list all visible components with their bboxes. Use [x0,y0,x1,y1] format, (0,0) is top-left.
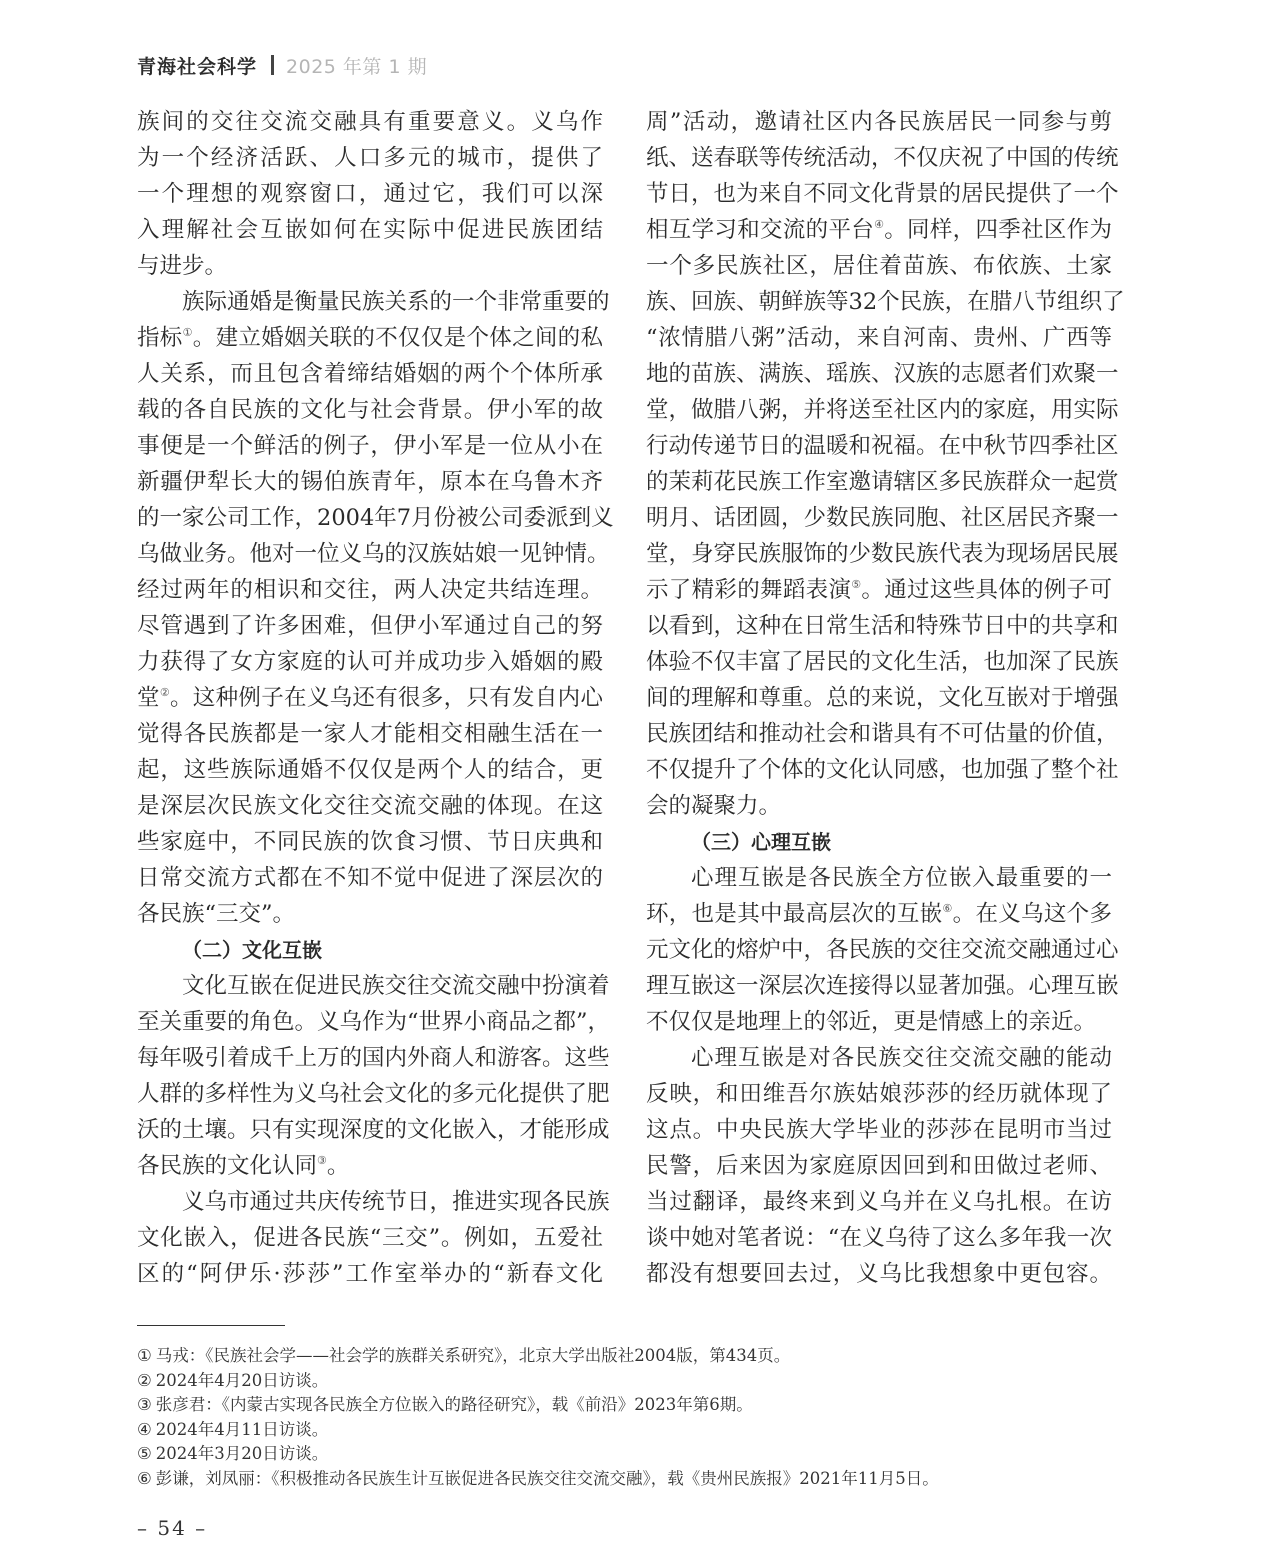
text-line: 族间的交往交流交融具有重要意义。义乌作 [137,104,603,140]
text-line: 起，这些族际通婚不仅仅是两个人的结合，更 [137,752,603,788]
line-text: 周”活动，邀请社区内各民族居民一同参与剪 [646,109,1112,135]
text-line: 示了精彩的舞蹈表演⑤。通过这些具体的例子可 [646,572,1112,608]
text-line: 族际通婚是衡量民族关系的一个非常重要的 [137,284,603,320]
text-line: 都没有想要回去过，义乌比我想象中更包容。 [646,1256,1112,1292]
text-line: 体验不仅丰富了居民的文化生活，也加深了民族 [646,644,1112,680]
line-text: 示了精彩的舞蹈表演 [646,577,851,603]
footnote-item: ⑤2024年3月20日访谈。 [137,1442,1137,1467]
text-line: 一个多民族社区，居住着苗族、布依族、土家 [646,248,1112,284]
section-heading: （二）文化互嵌 [137,932,603,968]
text-line: 元文化的熔炉中，各民族的交往交流交融通过心 [646,932,1112,968]
footnotes: ①马戎：《民族社会学——社会学的族群关系研究》，北京大学出版社2004版，第43… [137,1344,1137,1491]
footnote-mark: ④ [137,1420,152,1439]
text-line: 环，也是其中最高层次的互嵌⑥。在义乌这个多 [646,896,1112,932]
text-line: 反映，和田维吾尔族姑娘莎莎的经历就体现了 [646,1076,1112,1112]
line-text: 起，这些族际通婚不仅仅是两个人的结合，更 [137,757,603,783]
text-line: 节日，也为来自不同文化背景的居民提供了一个 [646,176,1112,212]
footnote-item: ①马戎：《民族社会学——社会学的族群关系研究》，北京大学出版社2004版，第43… [137,1344,1137,1369]
line-text: 谈中她对笔者说：“在义乌待了这么多年我一次 [646,1225,1112,1251]
footnote-text: 2024年4月20日访谈。 [156,1371,329,1390]
line-text: 经过两年的相识和交往，两人决定共结连理。 [137,577,603,603]
line-text: 相互学习和交流的平台 [646,217,874,243]
footnote-text: 马戎：《民族社会学——社会学的族群关系研究》，北京大学出版社2004版，第434… [156,1346,791,1365]
line-text: 理互嵌这一深层次连接得以显著加强。心理互嵌 [646,973,1119,999]
text-line: 各民族“三交”。 [137,896,603,932]
text-line: 堂，身穿民族服饰的少数民族代表为现场居民展 [646,536,1112,572]
line-text: 民警，后来因为家庭原因回到和田做过老师、 [646,1153,1112,1179]
text-line: 每年吸引着成千上万的国内外商人和游客。这些 [137,1040,603,1076]
text-line: 新疆伊犁长大的锡伯族青年，原本在乌鲁木齐 [137,464,603,500]
line-text: 至关重要的角色。义乌作为“世界小商品之都”， [137,1009,610,1035]
text-line: 力获得了女方家庭的认可并成功步入婚姻的殿 [137,644,603,680]
line-text: 文化嵌入，促进各民族“三交”。例如，五爱社 [137,1225,603,1251]
line-text: 新疆伊犁长大的锡伯族青年，原本在乌鲁木齐 [137,469,603,495]
line-text: 的一家公司工作，2004年7月份被公司委派到义 [137,505,614,531]
line-text: 行动传递节日的温暖和祝福。在中秋节四季社区 [646,433,1119,459]
text-line: 人关系，而且包含着缔结婚姻的两个个体所承 [137,356,603,392]
text-line: 谈中她对笔者说：“在义乌待了这么多年我一次 [646,1220,1112,1256]
text-line: 不仅提升了个体的文化认同感，也加强了整个社 [646,752,1112,788]
line-text-after: 。 [327,1153,350,1179]
text-line: 周”活动，邀请社区内各民族居民一同参与剪 [646,104,1112,140]
footnote-ref[interactable]: ① [183,326,193,339]
line-text: 为一个经济活跃、人口多元的城市，提供了 [137,145,603,171]
text-line: 一个理想的观察窗口，通过它，我们可以深 [137,176,603,212]
text-line: 尽管遇到了许多困难，但伊小军通过自己的努 [137,608,603,644]
footnote-text: 2024年4月11日访谈。 [156,1420,329,1439]
line-text: （三）心理互嵌 [691,830,831,854]
line-text: 当过翻译，最终来到义乌并在义乌扎根。在访 [646,1189,1112,1215]
line-text: 入理解社会互嵌如何在实际中促进民族团结 [137,217,603,243]
line-text: 义乌市通过共庆传统节日，推进实现各民族 [182,1189,610,1215]
line-text: 沃的土壤。只有实现深度的文化嵌入，才能形成 [137,1117,610,1143]
line-text: 族际通婚是衡量民族关系的一个非常重要的 [182,289,610,315]
line-text: 节日，也为来自不同文化背景的居民提供了一个 [646,181,1119,207]
line-text: 尽管遇到了许多困难，但伊小军通过自己的努 [137,613,603,639]
footnote-ref[interactable]: ② [160,686,170,699]
line-text: 民族团结和推动社会和谐具有不可估量的价值， [646,721,1119,747]
text-line: 是深层次民族文化交往交流交融的体现。在这 [137,788,603,824]
footnote-mark: ⑤ [137,1444,152,1463]
footnote-item: ②2024年4月20日访谈。 [137,1369,1137,1394]
text-line: 文化互嵌在促进民族交往交流交融中扮演着 [137,968,603,1004]
line-text: 各民族“三交”。 [137,901,295,927]
footnote-item: ③张彦君：《内蒙古实现各民族全方位嵌入的路径研究》，载《前沿》2023年第6期。 [137,1393,1137,1418]
footnote-ref[interactable]: ④ [874,218,884,231]
header-divider [271,55,274,75]
line-text: 元文化的熔炉中，各民族的交往交流交融通过心 [646,937,1119,963]
line-text: 人群的多样性为义乌社会文化的多元化提供了肥 [137,1081,610,1107]
right-column: 周”活动，邀请社区内各民族居民一同参与剪纸、送春联等传统活动，不仅庆祝了中国的传… [646,104,1112,1292]
line-text: 区的“阿伊乐·莎莎”工作室举办的“新春文化 [137,1261,603,1287]
line-text: 间的理解和尊重。总的来说，文化互嵌对于增强 [646,685,1119,711]
footnote-ref[interactable]: ③ [317,1154,327,1167]
footnote-item: ⑥彭谦，刘凤丽：《积极推动各民族生计互嵌促进各民族交往交流交融》，载《贵州民族报… [137,1467,1137,1492]
text-line: 沃的土壤。只有实现深度的文化嵌入，才能形成 [137,1112,603,1148]
text-line: 至关重要的角色。义乌作为“世界小商品之都”， [137,1004,603,1040]
text-line: 各民族的文化认同③。 [137,1148,603,1184]
text-line: 堂②。这种例子在义乌还有很多，只有发自内心 [137,680,603,716]
footnote-separator [137,1325,285,1326]
text-line: 行动传递节日的温暖和祝福。在中秋节四季社区 [646,428,1112,464]
line-text: 事便是一个鲜活的例子，伊小军是一位从小在 [137,433,603,459]
line-text: 环，也是其中最高层次的互嵌 [646,901,942,927]
footnote-mark: ② [137,1371,152,1390]
text-line: 日常交流方式都在不知不觉中促进了深层次的 [137,860,603,896]
line-text: 这点。中央民族大学毕业的莎莎在昆明市当过 [646,1117,1112,1143]
line-text-after: 。建立婚姻关联的不仅仅是个体之间的私 [193,325,603,351]
text-line: 明月、话团圆，少数民族同胞、社区居民齐聚一 [646,500,1112,536]
line-text: 载的各自民族的文化与社会背景。伊小军的故 [137,397,603,423]
text-line: 为一个经济活跃、人口多元的城市，提供了 [137,140,603,176]
page-number: – 54 – [137,1516,207,1540]
text-line: “浓情腊八粥”活动，来自河南、贵州、广西等 [646,320,1112,356]
line-text: 体验不仅丰富了居民的文化生活，也加深了民族 [646,649,1119,675]
line-text: 不仅仅是地理上的邻近，更是情感上的亲近。 [646,1009,1096,1035]
line-text: 乌做业务。他对一位义乌的汉族姑娘一见钟情。 [137,541,610,567]
line-text: 觉得各民族都是一家人才能相交相融生活在一 [137,721,603,747]
text-line: 间的理解和尊重。总的来说，文化互嵌对于增强 [646,680,1112,716]
left-column: 族间的交往交流交融具有重要意义。义乌作为一个经济活跃、人口多元的城市，提供了一个… [137,104,603,1292]
text-line: 义乌市通过共庆传统节日，推进实现各民族 [137,1184,603,1220]
section-heading: （三）心理互嵌 [646,824,1112,860]
line-text: 各民族的文化认同 [137,1153,317,1179]
text-line: 指标①。建立婚姻关联的不仅仅是个体之间的私 [137,320,603,356]
footnote-item: ④2024年4月11日访谈。 [137,1418,1137,1443]
text-line: 堂，做腊八粥，并将送至社区内的家庭，用实际 [646,392,1112,428]
footnote-ref[interactable]: ⑥ [942,902,952,915]
text-line: 载的各自民族的文化与社会背景。伊小军的故 [137,392,603,428]
line-text: 一个理想的观察窗口，通过它，我们可以深 [137,181,603,207]
line-text: 与进步。 [137,253,227,279]
text-line: 经过两年的相识和交往，两人决定共结连理。 [137,572,603,608]
line-text-after: 。这种例子在义乌还有很多，只有发自内心 [170,685,603,711]
text-line: 人群的多样性为义乌社会文化的多元化提供了肥 [137,1076,603,1112]
line-text: 堂，身穿民族服饰的少数民族代表为现场居民展 [646,541,1119,567]
text-line: 心理互嵌是各民族全方位嵌入最重要的一 [646,860,1112,896]
line-text: 反映，和田维吾尔族姑娘莎莎的经历就体现了 [646,1081,1112,1107]
text-line: 些家庭中，不同民族的饮食习惯、节日庆典和 [137,824,603,860]
line-text: 地的苗族、满族、瑶族、汉族的志愿者们欢聚一 [646,361,1119,387]
text-line: 当过翻译，最终来到义乌并在义乌扎根。在访 [646,1184,1112,1220]
line-text: 以看到，这种在日常生活和特殊节日中的共享和 [646,613,1119,639]
text-line: 事便是一个鲜活的例子，伊小军是一位从小在 [137,428,603,464]
line-text-after: 。同样，四季社区作为 [884,217,1112,243]
line-text: 日常交流方式都在不知不觉中促进了深层次的 [137,865,603,891]
line-text: 指标 [137,325,183,351]
text-line: 不仅仅是地理上的邻近，更是情感上的亲近。 [646,1004,1112,1040]
line-text: 文化互嵌在促进民族交往交流交融中扮演着 [182,973,610,999]
text-line: 以看到，这种在日常生活和特殊节日中的共享和 [646,608,1112,644]
line-text: “浓情腊八粥”活动，来自河南、贵州、广西等 [646,325,1112,351]
text-line: 理互嵌这一深层次连接得以显著加强。心理互嵌 [646,968,1112,1004]
text-line: 纸、送春联等传统活动，不仅庆祝了中国的传统 [646,140,1112,176]
text-line: 心理互嵌是对各民族交往交流交融的能动 [646,1040,1112,1076]
text-line: 文化嵌入，促进各民族“三交”。例如，五爱社 [137,1220,603,1256]
text-line: 相互学习和交流的平台④。同样，四季社区作为 [646,212,1112,248]
text-line: 区的“阿伊乐·莎莎”工作室举办的“新春文化 [137,1256,603,1292]
footnote-mark: ③ [137,1395,152,1414]
line-text: 族、回族、朝鲜族等32个民族，在腊八节组织了 [646,289,1125,315]
journal-title: 青海社会科学 [137,52,257,79]
text-line: 地的苗族、满族、瑶族、汉族的志愿者们欢聚一 [646,356,1112,392]
line-text-after: 。通过这些具体的例子可 [861,577,1112,603]
line-text: 堂，做腊八粥，并将送至社区内的家庭，用实际 [646,397,1119,423]
text-line: 会的凝聚力。 [646,788,1112,824]
line-text-after: 。在义乌这个多 [953,901,1112,927]
footnote-ref[interactable]: ⑤ [851,578,861,591]
running-header: 青海社会科学 2025 年第 1 期 [137,50,427,80]
line-text: 一个多民族社区，居住着苗族、布依族、土家 [646,253,1112,279]
text-line: 这点。中央民族大学毕业的莎莎在昆明市当过 [646,1112,1112,1148]
line-text: 堂 [137,685,160,711]
footnote-text: 张彦君：《内蒙古实现各民族全方位嵌入的路径研究》，载《前沿》2023年第6期。 [156,1395,753,1414]
line-text: 心理互嵌是各民族全方位嵌入最重要的一 [691,865,1112,891]
text-line: 的一家公司工作，2004年7月份被公司委派到义 [137,500,603,536]
line-text: 些家庭中，不同民族的饮食习惯、节日庆典和 [137,829,603,855]
footnote-text: 彭谦，刘凤丽：《积极推动各民族生计互嵌促进各民族交往交流交融》，载《贵州民族报》… [156,1469,939,1488]
text-line: 入理解社会互嵌如何在实际中促进民族团结 [137,212,603,248]
line-text: 纸、送春联等传统活动，不仅庆祝了中国的传统 [646,145,1119,171]
text-line: 的茉莉花民族工作室邀请辖区多民族群众一起赏 [646,464,1112,500]
text-line: 族、回族、朝鲜族等32个民族，在腊八节组织了 [646,284,1112,320]
line-text: 心理互嵌是对各民族交往交流交融的能动 [691,1045,1112,1071]
text-line: 民警，后来因为家庭原因回到和田做过老师、 [646,1148,1112,1184]
line-text: 人关系，而且包含着缔结婚姻的两个个体所承 [137,361,603,387]
line-text: 的茉莉花民族工作室邀请辖区多民族群众一起赏 [646,469,1119,495]
footnote-mark: ① [137,1346,152,1365]
line-text: 族间的交往交流交融具有重要意义。义乌作 [137,109,603,135]
text-line: 觉得各民族都是一家人才能相交相融生活在一 [137,716,603,752]
footnote-mark: ⑥ [137,1469,152,1488]
line-text: 明月、话团圆，少数民族同胞、社区居民齐聚一 [646,505,1119,531]
issue-label: 2025 年第 1 期 [286,52,427,79]
line-text: 都没有想要回去过，义乌比我想象中更包容。 [646,1261,1112,1287]
line-text: 每年吸引着成千上万的国内外商人和游客。这些 [137,1045,610,1071]
footnote-text: 2024年3月20日访谈。 [156,1444,329,1463]
text-line: 乌做业务。他对一位义乌的汉族姑娘一见钟情。 [137,536,603,572]
text-line: 与进步。 [137,248,603,284]
text-line: 民族团结和推动社会和谐具有不可估量的价值， [646,716,1112,752]
line-text: 力获得了女方家庭的认可并成功步入婚姻的殿 [137,649,603,675]
line-text: 会的凝聚力。 [646,793,781,819]
line-text: （二）文化互嵌 [182,938,322,962]
line-text: 不仅提升了个体的文化认同感，也加强了整个社 [646,757,1119,783]
line-text: 是深层次民族文化交往交流交融的体现。在这 [137,793,603,819]
